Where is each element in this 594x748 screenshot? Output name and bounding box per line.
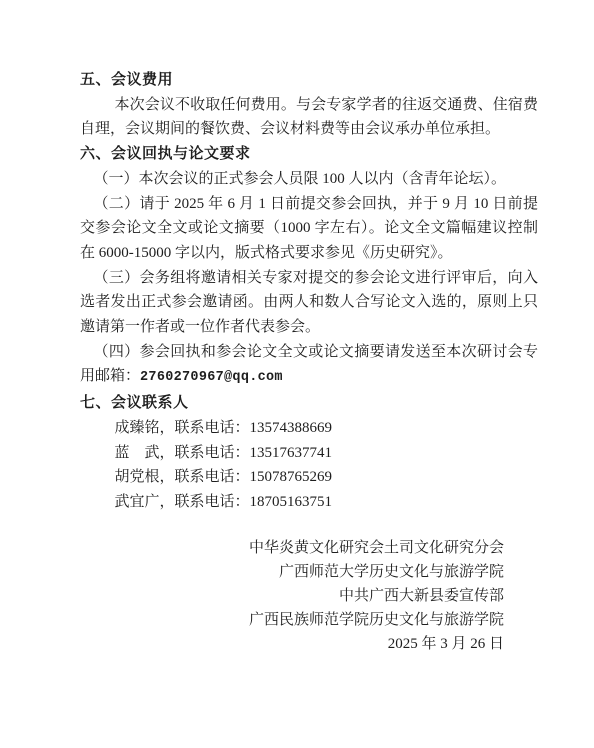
signature-org-2: 广西师范大学历史文化与旅游学院 [80,560,504,584]
section-heading-requirements: 六、会议回执与论文要求 [80,142,538,167]
requirement-item-1: （一）本次会议的正式参会人员限 100 人以内（含青年论坛）。 [80,167,538,192]
requirement-item-3: （三）会务组将邀请相关专家对提交的参会论文进行评审后，向入选者发出正式参会邀请函… [80,266,538,340]
conference-notice-body: 五、会议费用 本次会议不收取任何费用。与会专家学者的往返交通费、住宿费自理，会议… [0,0,594,657]
fees-paragraph: 本次会议不收取任何费用。与会专家学者的往返交通费、住宿费自理，会议期间的餐饮费、… [80,93,538,142]
contact-line-4: 武宜广，联系电话：18705163751 [80,490,538,515]
requirement-item-4: （四）参会回执和参会论文全文或论文摘要请发送至本次研讨会专用邮箱：2760270… [80,340,538,391]
signature-org-4: 广西民族师范学院历史文化与旅游学院 [80,608,504,632]
document-viewport: { "page": { "background": "#ffffff", "te… [0,0,594,748]
submission-email: 2760270967@qq.com [140,370,283,385]
section-heading-fees: 五、会议费用 [80,68,538,93]
contact-line-2: 蓝 武，联系电话：13517637741 [80,441,538,466]
signature-org-3: 中共广西大新县委宣传部 [80,584,504,608]
signature-org-1: 中华炎黄文化研究会土司文化研究分会 [80,536,504,560]
requirement-item-2: （二）请于 2025 年 6 月 1 日前提交参会回执，并于 9 月 10 日前… [80,192,538,266]
contact-line-1: 成臻铭，联系电话：13574388669 [80,416,538,441]
section-heading-contacts: 七、会议联系人 [80,391,538,416]
document-page: 五、会议费用 本次会议不收取任何费用。与会专家学者的往返交通费、住宿费自理，会议… [0,0,594,748]
contact-line-3: 胡党根，联系电话：15078765269 [80,465,538,490]
signature-block: 中华炎黄文化研究会土司文化研究分会 广西师范大学历史文化与旅游学院 中共广西大新… [80,536,538,657]
signature-date: 2025 年 3 月 26 日 [80,632,504,656]
